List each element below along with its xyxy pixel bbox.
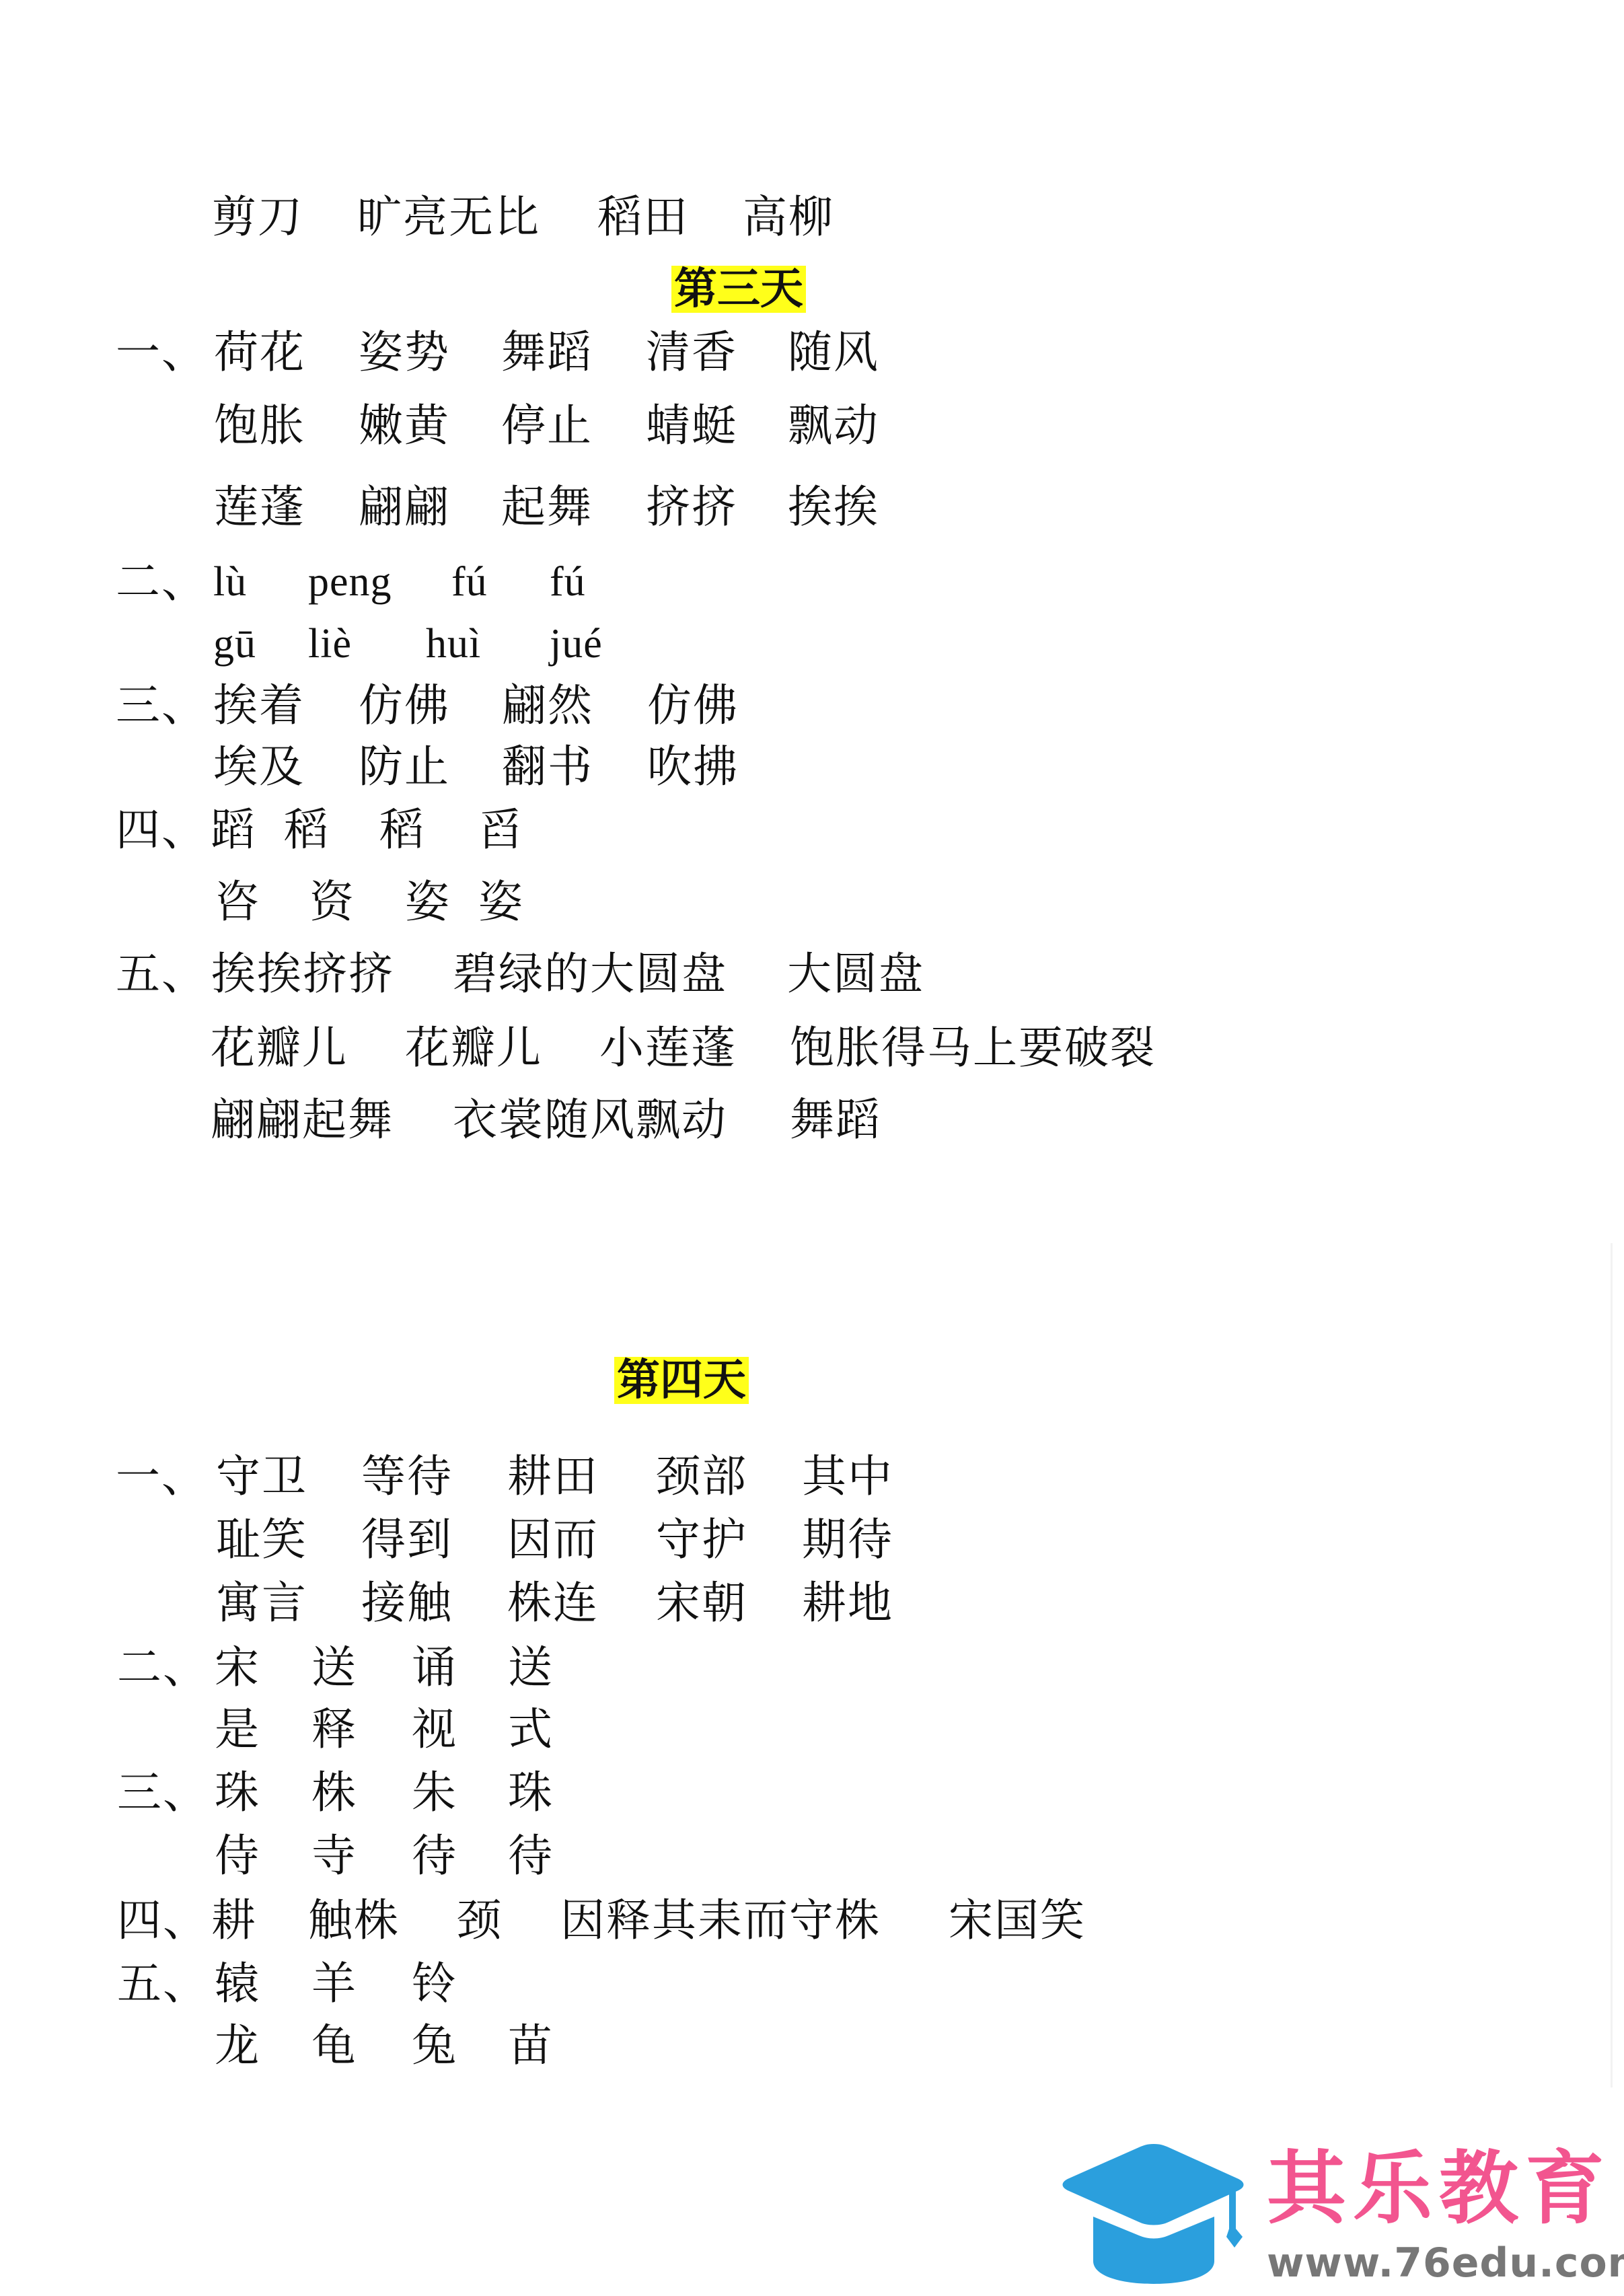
day3-heading: 第三天 <box>671 266 806 313</box>
answer-word: 飘动 <box>788 399 879 453</box>
pinyin-answer: liè <box>308 617 352 671</box>
answer-word: 挨着 <box>213 679 305 733</box>
answer-char: 视 <box>412 1703 457 1756</box>
answer-word: 宋朝 <box>656 1576 747 1630</box>
answer-word: 翩然 <box>502 679 593 733</box>
answer-char: 株 <box>311 1766 357 1820</box>
answer-word: 吹拂 <box>647 740 739 794</box>
answer-char: 稻 <box>284 803 330 857</box>
answer-phrase: 饱胀得马上要破裂 <box>790 1021 1156 1075</box>
answer-char: 羊 <box>311 1957 357 2011</box>
answer-word: 株连 <box>507 1576 599 1630</box>
pinyin-answer: huì <box>426 617 481 671</box>
answer-word: 因而 <box>507 1513 599 1567</box>
answer-word: 寓言 <box>216 1576 307 1630</box>
answer-word: 耕田 <box>507 1450 599 1504</box>
answer-phrase: 衣裳随风飘动 <box>453 1093 727 1147</box>
answer-char: 珠 <box>508 1766 554 1820</box>
answer-phrase: 翩翩起舞 <box>211 1093 394 1147</box>
answer-word: 剪刀 <box>212 190 303 244</box>
answer-char: 释 <box>311 1703 357 1756</box>
brand-name: 其乐教育 <box>1267 2147 1611 2231</box>
answer-word: 停止 <box>501 399 593 453</box>
question-number: 四、 <box>117 1894 209 1948</box>
question-number: 二、 <box>116 555 207 609</box>
answer-word: 挨挨 <box>788 480 879 534</box>
answer-char: 式 <box>508 1703 554 1756</box>
answer-word: 嫩黄 <box>359 399 450 453</box>
answer-phrase: 小莲蓬 <box>599 1021 737 1075</box>
answer-phrase: 碧绿的大圆盘 <box>453 947 727 1001</box>
answer-char: 蹈 <box>211 803 256 857</box>
question-number: 五、 <box>117 1957 209 2011</box>
answer-phrase: 触株 <box>308 1894 400 1948</box>
answer-char: 姿 <box>478 875 524 929</box>
question-number: 一、 <box>116 326 207 379</box>
answer-char: 侍 <box>215 1829 260 1883</box>
question-number: 二、 <box>117 1641 209 1695</box>
answer-phrase: 耕 <box>211 1894 257 1948</box>
answer-char: 兔 <box>412 2019 457 2073</box>
pinyin-answer: lù <box>213 555 247 609</box>
answer-phrase: 宋国笑 <box>949 1894 1086 1948</box>
answer-word: 守卫 <box>216 1450 307 1504</box>
answer-char: 龙 <box>215 2019 260 2073</box>
answer-char: 苗 <box>508 2019 554 2073</box>
answer-char: 是 <box>215 1703 260 1756</box>
question-number: 一、 <box>116 1450 207 1504</box>
answer-word: 埃及 <box>213 740 305 794</box>
answer-char: 铃 <box>412 1957 457 2011</box>
answer-char: 珠 <box>215 1766 260 1820</box>
answer-word: 随风 <box>788 326 879 379</box>
answer-word: 蜻蜓 <box>646 399 737 453</box>
answer-char: 咨 <box>215 875 260 929</box>
graduation-cap-icon <box>1053 2141 1255 2286</box>
day4-heading: 第四天 <box>614 1357 749 1404</box>
answer-word: 荷花 <box>214 326 305 379</box>
answer-word: 仿佛 <box>359 679 450 733</box>
answer-word: 稻田 <box>597 190 689 244</box>
answer-word: 翩翩 <box>359 480 450 534</box>
pinyin-answer: fú <box>550 555 586 609</box>
brand-url: www.76edu.com <box>1267 2242 1624 2284</box>
answer-char: 诵 <box>412 1641 457 1695</box>
answer-word: 等待 <box>361 1450 453 1504</box>
answer-word: 翻书 <box>502 740 593 794</box>
answer-char: 送 <box>508 1641 554 1695</box>
pinyin-answer: jué <box>550 617 603 671</box>
answer-word: 挤挤 <box>646 480 737 534</box>
pinyin-answer: fú <box>451 555 488 609</box>
question-number: 三、 <box>117 1766 209 1820</box>
answer-word: 防止 <box>359 740 450 794</box>
answer-word: 舞蹈 <box>501 326 593 379</box>
answer-word: 清香 <box>646 326 737 379</box>
answer-phrase: 挨挨挤挤 <box>211 947 394 1001</box>
answer-word: 仿佛 <box>647 679 739 733</box>
pinyin-answer: gū <box>213 617 256 671</box>
answer-word: 高柳 <box>743 190 834 244</box>
answer-word: 其中 <box>802 1450 893 1504</box>
question-number: 五、 <box>116 947 207 1001</box>
answer-word: 期待 <box>802 1513 893 1567</box>
answer-word: 守护 <box>656 1513 747 1567</box>
answer-phrase: 舞蹈 <box>790 1093 881 1147</box>
answer-word: 颈部 <box>656 1450 747 1504</box>
answer-char: 资 <box>309 875 355 929</box>
answer-word: 起舞 <box>501 480 593 534</box>
answer-word: 饱胀 <box>214 399 305 453</box>
answer-char: 待 <box>412 1829 457 1883</box>
answer-char: 寺 <box>311 1829 357 1883</box>
answer-word: 旷亮无比 <box>357 190 540 244</box>
pinyin-answer: peng <box>308 555 392 609</box>
answer-phrase: 花瓣儿 <box>405 1021 542 1075</box>
answer-word: 莲蓬 <box>214 480 305 534</box>
answer-char: 姿 <box>405 875 451 929</box>
answer-char: 朱 <box>412 1766 457 1820</box>
answer-phrase: 花瓣儿 <box>211 1021 348 1075</box>
answer-phrase: 颈 <box>457 1894 503 1948</box>
answer-char: 待 <box>508 1829 554 1883</box>
answer-word: 耕地 <box>802 1576 893 1630</box>
answer-char: 辕 <box>215 1957 260 2011</box>
watermark-logo: 其乐教育 www.76edu.com <box>1053 2141 1618 2286</box>
answer-phrase: 大圆盘 <box>787 947 924 1001</box>
answer-char: 龟 <box>311 2019 357 2073</box>
answer-char: 稻 <box>379 803 425 857</box>
answer-word: 接触 <box>361 1576 453 1630</box>
answer-word: 耻笑 <box>216 1513 307 1567</box>
question-number: 三、 <box>116 679 207 733</box>
answer-phrase: 因释其耒而守株 <box>560 1894 881 1948</box>
answer-char: 送 <box>311 1641 357 1695</box>
answer-char: 宋 <box>215 1641 260 1695</box>
answer-word: 姿势 <box>359 326 450 379</box>
answer-char: 舀 <box>478 803 524 857</box>
question-number: 四、 <box>116 803 207 857</box>
answer-word: 得到 <box>361 1513 453 1567</box>
page-edge-line <box>1611 1243 1613 2087</box>
